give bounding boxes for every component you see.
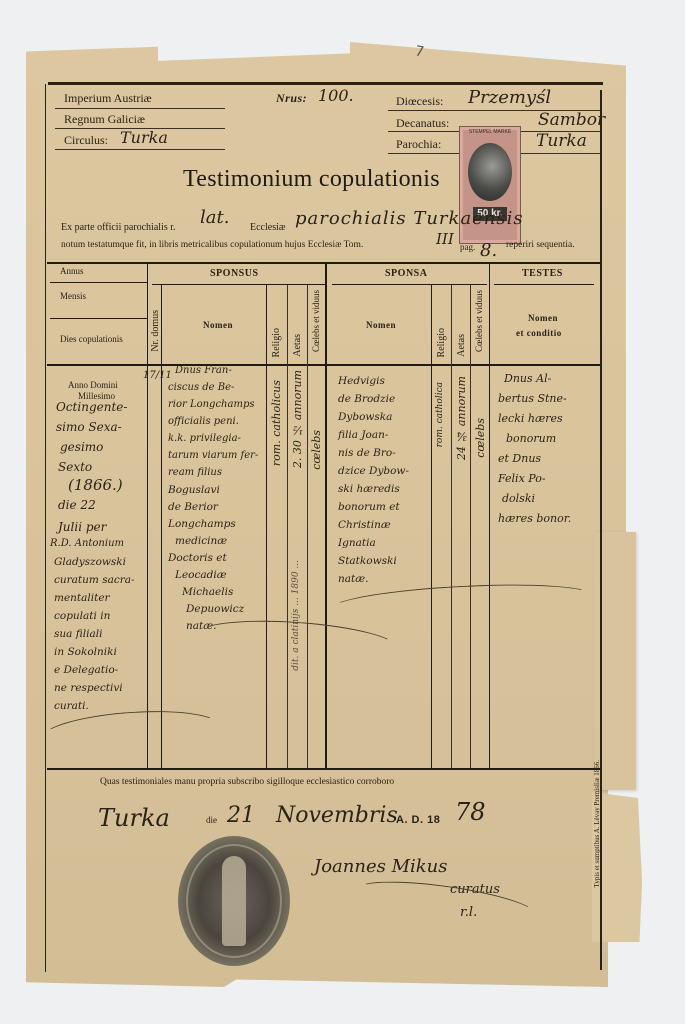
decanatus-label: Decanatus: <box>396 116 449 131</box>
divider <box>332 284 487 285</box>
intro-line2: notum testatumque fit, in libris metrica… <box>61 240 363 250</box>
col-divider <box>489 264 490 768</box>
pag-label: pag. <box>460 242 475 252</box>
parochia-label: Parochia: <box>396 137 441 152</box>
groom-religion-header: Religio <box>271 328 282 357</box>
col-divider <box>470 285 471 768</box>
col-divider <box>287 285 288 768</box>
circulus-value: Turka <box>120 128 168 147</box>
ecclesiae-label: Ecclesiæ <box>250 222 286 233</box>
divider <box>55 149 225 150</box>
empire-label: Imperium Austriæ <box>64 91 152 106</box>
table-bottom-rule <box>47 768 600 770</box>
attestation-text: Quas testimoniales manu propria subscrib… <box>100 777 394 787</box>
house-number: 17/11 <box>143 370 172 381</box>
col-divider <box>307 285 308 768</box>
bride-name-header: Nomen <box>366 320 396 330</box>
divider <box>55 108 225 109</box>
table-header-bottom-rule <box>47 364 600 366</box>
mensis-header: Mensis <box>60 291 86 301</box>
intro-suffix: reperiri sequentia. <box>506 240 575 250</box>
parochia-value: Turka <box>536 131 587 151</box>
divider <box>50 318 147 319</box>
parish-seal-icon <box>178 836 290 966</box>
groom-status: cœlebs <box>310 430 323 470</box>
church-value: parochialis Turkaensis <box>295 208 524 229</box>
kingdom-label: Regnum Galiciæ <box>64 112 145 127</box>
stamp-band-text: STEMPEL MARKE <box>460 129 520 135</box>
page-value: 8. <box>480 240 497 261</box>
divider <box>152 284 325 285</box>
date-printed-1: Anno Domini <box>68 380 118 390</box>
groom-age: 2. 30 ½ annorum <box>291 370 304 468</box>
intro-prefix: Ex parte officii parochialis r. <box>61 222 176 233</box>
bride-age: 24 ¾ annorum <box>455 376 468 460</box>
groom-status-header: Cœlebs et viduus <box>311 290 321 352</box>
groom-religion: rom. catholicus <box>270 380 283 466</box>
groom-name-header: Nomen <box>203 320 233 330</box>
saint-figure-icon <box>222 856 246 946</box>
table-top-rule <box>47 262 600 264</box>
bride-age-header: Aetas <box>456 334 467 357</box>
printer-imprint: Typis et sumptibus A. Lévay Premisliæ 18… <box>593 760 601 887</box>
col-divider <box>161 285 162 768</box>
witness-header-2: et conditio <box>516 328 562 338</box>
ad-label: A. D. 18 <box>396 814 440 826</box>
place-value: Turka <box>98 804 170 832</box>
signature-name: Joannes Mikus <box>314 856 448 877</box>
diocese-label: Diœcesis: <box>396 94 443 109</box>
die-label: die <box>206 815 217 825</box>
house-no-header: Nr. domus <box>150 310 161 352</box>
emperor-portrait-icon <box>468 143 512 201</box>
number-label: Nrus: <box>276 91 307 106</box>
diocese-value: Przemyśl <box>468 87 551 108</box>
rite-value: lat. <box>200 207 229 228</box>
col-divider <box>325 264 327 768</box>
bride-status: cœlebs <box>474 418 487 458</box>
testes-header: TESTES <box>522 268 563 279</box>
bride-status-header: Cœlebs et viduus <box>474 290 484 352</box>
circulus-label: Circulus: <box>64 133 108 148</box>
year-suffix: 78 <box>455 798 486 826</box>
divider <box>494 284 594 285</box>
col-divider <box>147 264 148 768</box>
number-value: 100. <box>318 86 354 105</box>
tome-value: III <box>436 230 454 248</box>
col-divider <box>266 285 267 768</box>
day-value: 21 <box>227 803 255 828</box>
sponsus-header: SPONSUS <box>210 268 259 279</box>
bride-religion: rom. catholica <box>435 382 445 447</box>
sponsa-header: SPONSA <box>385 268 427 279</box>
divider <box>50 282 147 283</box>
col-divider <box>431 285 432 768</box>
groom-margin-note: dit. a clatinijs ... 1890 ... <box>291 560 301 671</box>
bride-religion-header: Religio <box>436 328 447 357</box>
groom-age-header: Aetas <box>292 334 303 357</box>
witness-header-1: Nomen <box>528 313 558 323</box>
month-value: Novembris <box>276 803 398 828</box>
document-title: Testimonium copulationis <box>183 166 440 193</box>
dies-header: Dies copulationis <box>60 334 123 344</box>
col-divider <box>451 285 452 768</box>
annus-header: Annus <box>60 266 84 276</box>
decanatus-value: Sambor <box>538 110 605 130</box>
